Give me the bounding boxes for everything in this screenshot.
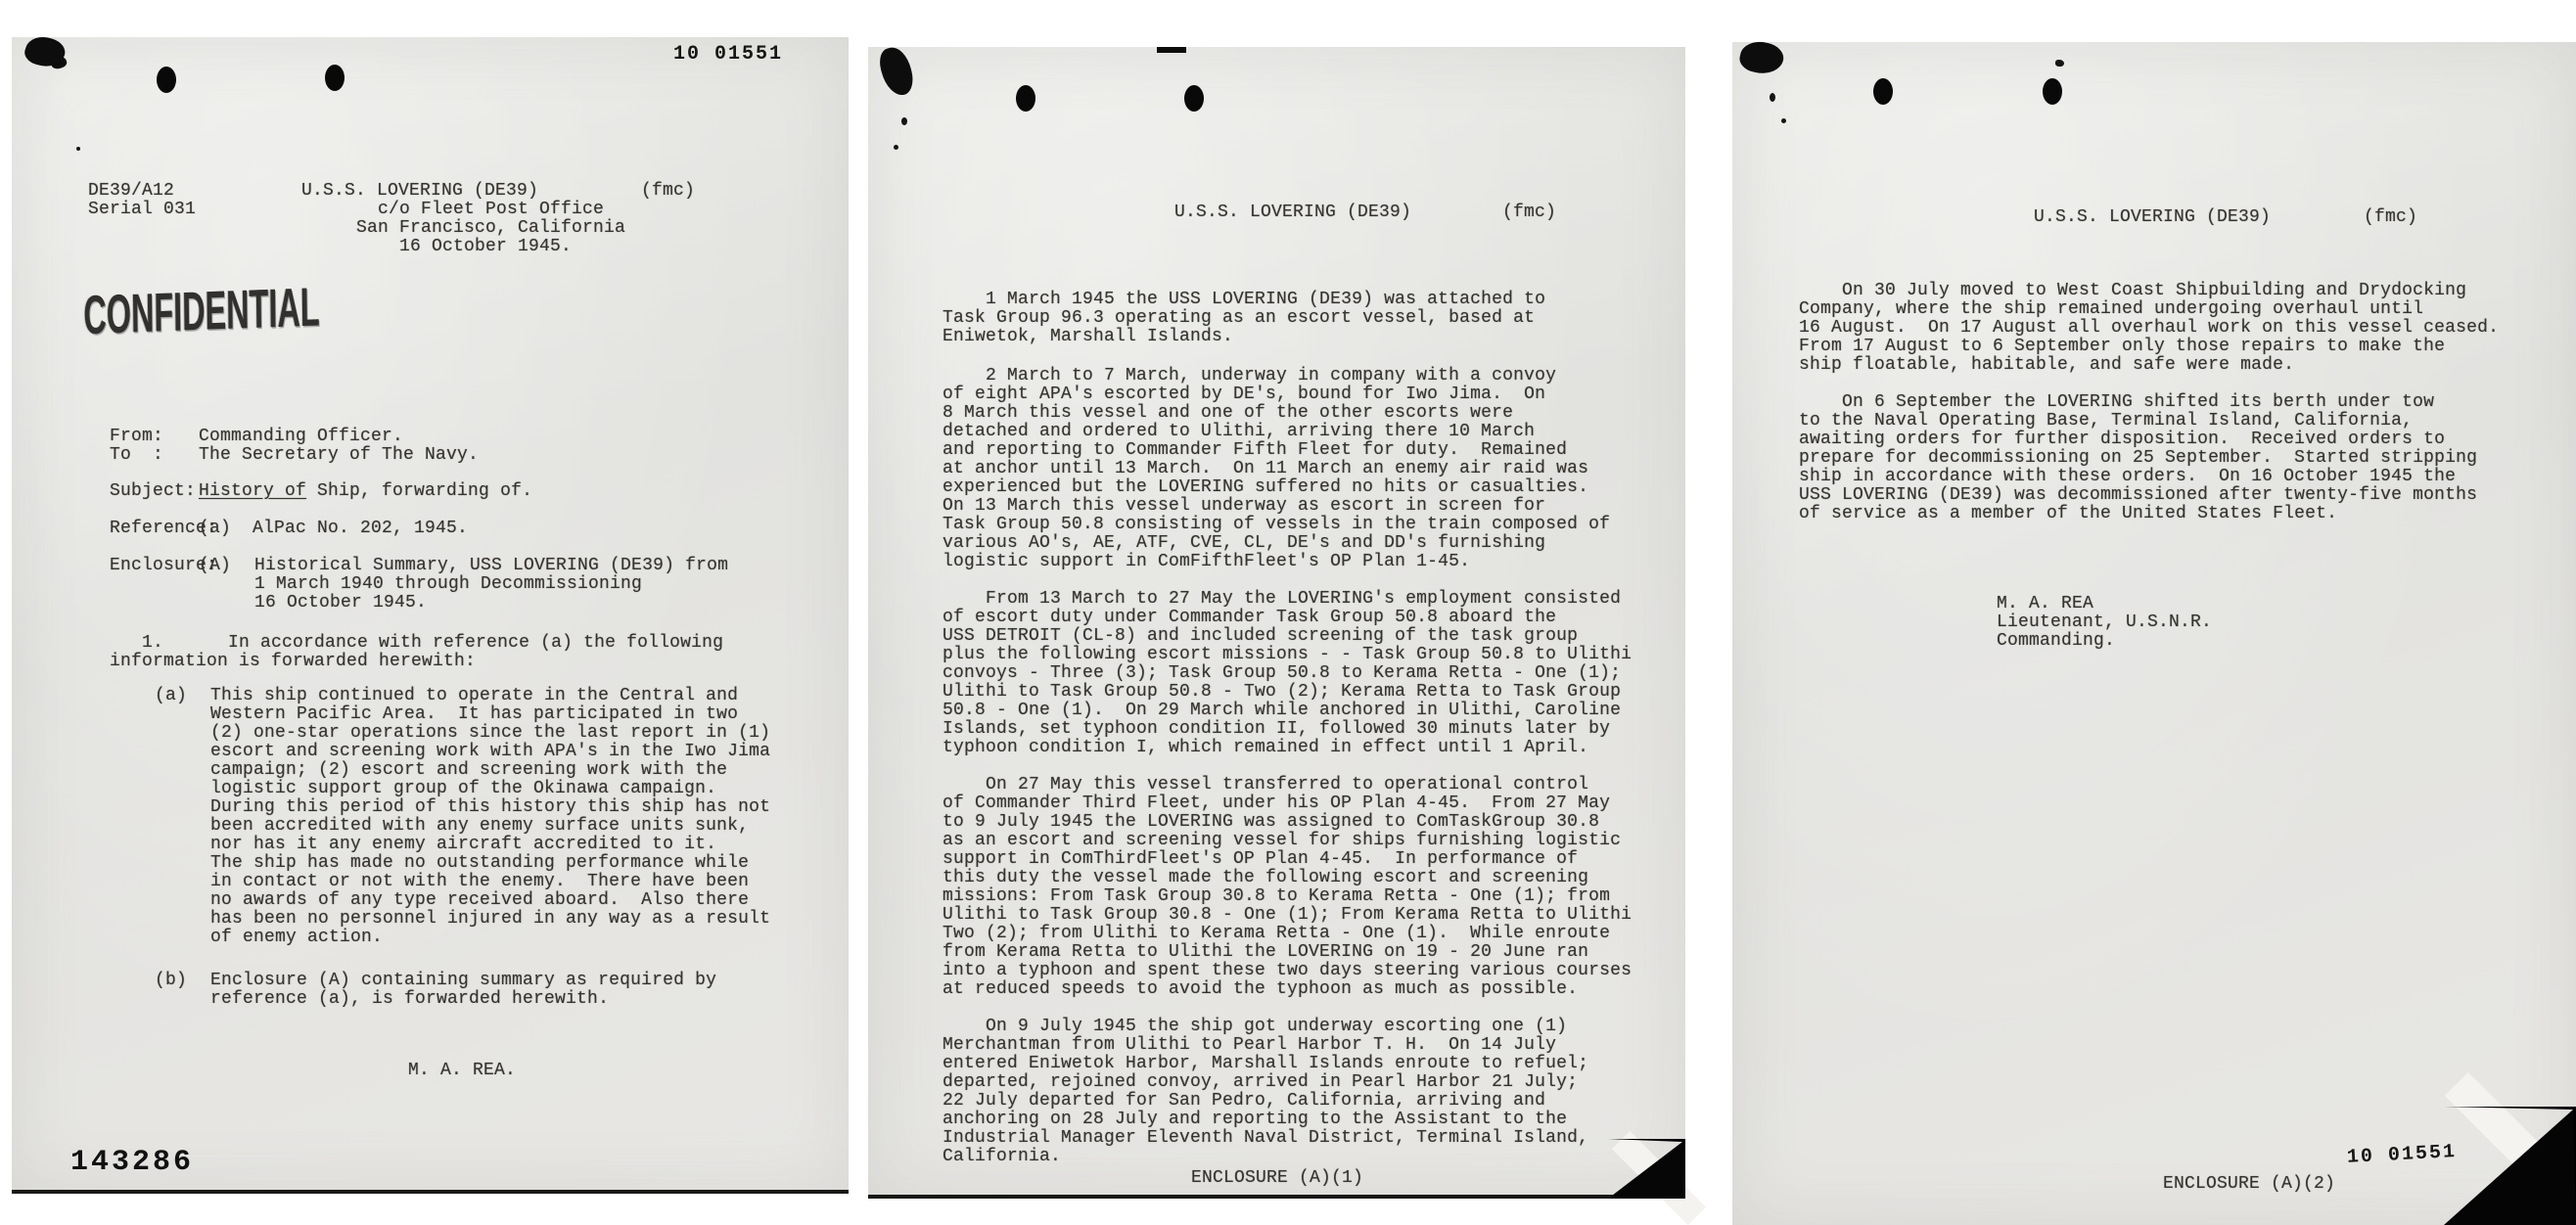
body-paragraph: On 9 July 1945 the ship got underway esc… — [943, 1018, 1588, 1166]
paragraph-b-marker: (b) — [155, 972, 187, 990]
body-paragraph: On 6 September the LOVERING shifted its … — [1799, 393, 2477, 523]
ink-blot — [1737, 38, 1786, 77]
ink-speck — [1770, 93, 1775, 102]
document-number-stamp: 10 01551 — [2346, 1141, 2457, 1169]
letterhead-address: c/o Fleet Post Office San Francisco, Cal… — [356, 201, 625, 256]
paragraph-1: 1. In accordance with reference (a) the … — [110, 634, 723, 671]
ink-speck — [1781, 118, 1786, 123]
body-paragraph: 2 March to 7 March, underway in company … — [943, 367, 1610, 571]
subject-underlined-part: History of — [199, 481, 306, 501]
signature-block: M. A. REA Lieutenant, U.S.N.R. Commandin… — [1997, 595, 2212, 651]
paragraph-b: Enclosure (A) containing summary as requ… — [210, 972, 716, 1009]
page-header-ship-name: U.S.S. LOVERING (DE39) — [2034, 208, 2271, 227]
enclosure-footer: ENCLOSURE (A)(1) — [1191, 1169, 1363, 1188]
ink-speck — [901, 117, 907, 125]
reference-value: (a) AlPac No. 202, 1945. — [199, 520, 468, 538]
to-value: The Secretary of The Navy. — [199, 446, 479, 465]
punch-hole-icon — [1873, 78, 1893, 105]
from-label: From: — [110, 428, 163, 446]
subject-value: History of Ship, forwarding of. — [199, 482, 532, 501]
paragraph-a: This ship continued to operate in the Ce… — [210, 687, 770, 947]
from-value: Commanding Officer. — [199, 428, 403, 446]
paragraph-a-marker: (a) — [155, 687, 187, 705]
enclosure-marker: (A) — [199, 557, 231, 575]
dog-ear-corner — [1608, 1139, 1685, 1199]
punch-hole-icon — [1184, 85, 1204, 112]
ink-speck — [894, 145, 898, 150]
serial-number-stamp: 143286 — [70, 1146, 194, 1179]
document-number-stamp: 10 01551 — [673, 43, 783, 66]
punch-hole-icon — [1016, 85, 1035, 112]
signature-name: M. A. REA. — [408, 1062, 516, 1080]
ink-speck — [2055, 60, 2064, 67]
page-header-ship-name: U.S.S. LOVERING (DE39) — [1174, 204, 1411, 222]
subject-label: Subject: — [110, 482, 196, 501]
page-bottom-edge — [12, 1190, 849, 1194]
file-identifier: DE39/A12 Serial 031 — [88, 182, 196, 219]
ink-speck — [76, 147, 80, 151]
to-label: To : — [110, 446, 163, 465]
page-header-fmc: (fmc) — [2364, 208, 2417, 227]
dog-ear-corner — [2444, 1107, 2576, 1225]
letterhead-fmc: (fmc) — [641, 182, 695, 201]
punch-hole-icon — [2043, 78, 2062, 105]
confidential-stamp: CONFIDENTIAL — [83, 275, 320, 347]
page-bottom-edge — [868, 1195, 1685, 1199]
body-paragraph: From 13 March to 27 May the LOVERING's e… — [943, 590, 1632, 757]
body-paragraph: On 27 May this vessel transferred to ope… — [943, 776, 1632, 999]
letterhead-ship-name: U.S.S. LOVERING (DE39) — [301, 182, 538, 201]
body-paragraph: 1 March 1945 the USS LOVERING (DE39) was… — [943, 291, 1545, 346]
scanned-page-3: U.S.S. LOVERING (DE39) (fmc) On 30 July … — [1732, 42, 2576, 1225]
scanned-page-2: U.S.S. LOVERING (DE39) (fmc) 1 March 194… — [868, 47, 1685, 1199]
scanned-page-1: 10 01551 DE39/A12 Serial 031 U.S.S. LOVE… — [12, 37, 849, 1194]
punch-hole-icon — [325, 65, 345, 91]
subject-rest-part: Ship, forwarding of. — [306, 481, 532, 501]
body-paragraph: On 30 July moved to West Coast Shipbuild… — [1799, 282, 2499, 375]
enclosure-footer: ENCLOSURE (A)(2) — [2163, 1175, 2335, 1194]
punch-hole-icon — [157, 67, 176, 93]
ink-blot — [876, 44, 916, 99]
enclosure-value: Historical Summary, USS LOVERING (DE39) … — [254, 557, 728, 612]
ink-mark — [1157, 47, 1186, 53]
page-header-fmc: (fmc) — [1502, 204, 1556, 222]
